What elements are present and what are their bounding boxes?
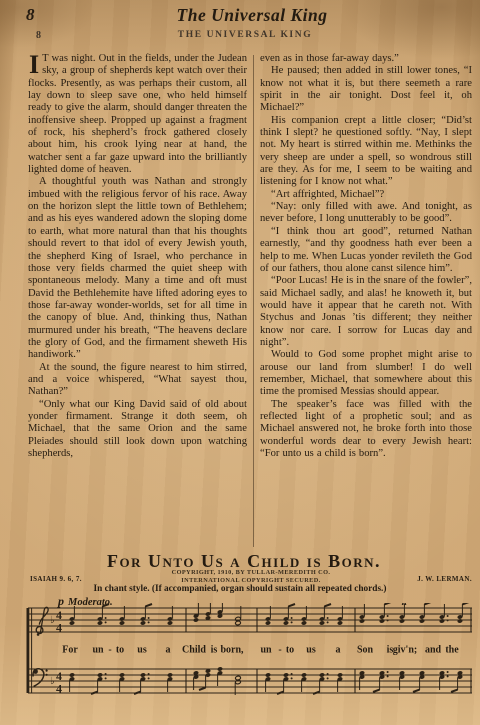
paragraph: His companion crept a little closer; “Di… [260,115,472,189]
svg-text:♭: ♭ [50,615,55,626]
lyric-syllable: giv'n; [393,645,417,656]
running-header: 8 THE UNIVERSAL KING [0,30,480,44]
lyric-syllable: born, [220,645,244,656]
sheet-music: ♭♭4444∧Forun-tousaChildisborn,un-tousaSo… [26,603,472,725]
lyric-syllable: - [278,645,281,656]
lyric-syllable: the [445,645,459,656]
paragraph: “Art affrighted, Michael”? [260,189,472,201]
lyric-syllable: Child [182,645,206,656]
composer-credit: J. W. LERMAN. [382,575,472,583]
paragraph: A thoughtful youth was Nathan and strong… [28,176,247,361]
story-right-column: even as in those far-away days.” He paus… [260,53,472,553]
lyric-syllable: and [425,645,442,656]
paragraph: “Poor Lucas! He is in the snare of the f… [260,275,472,349]
paragraph: He paused; then added in still lower ton… [260,65,472,114]
paragraph: “Only what our King David said of old ab… [28,399,247,461]
lyric-syllable: to [116,645,124,656]
paragraph: “Nay: only filled with awe. And tonight,… [260,201,472,226]
lyric-syllable: un [92,645,104,656]
drop-cap: I [29,54,39,75]
lyric-syllable: For [62,645,78,656]
lyric-syllable: to [286,645,294,656]
lyric-syllable: us [137,645,147,656]
lyric-syllable: un [260,645,272,656]
svg-text:4: 4 [56,682,62,696]
paragraph: The speaker’s face was filled with the r… [260,399,472,461]
running-title: THE UNIVERSAL KING [0,30,480,40]
copyright-line-1: COPYRIGHT, 1910, BY TULLAR-MEREDITH CO. [120,569,382,577]
lyric-syllable: is [211,645,218,656]
paragraph: IT was night. Out in the fields, under t… [28,53,247,176]
svg-text:∧: ∧ [400,603,407,608]
lyric-syllable: - [108,645,111,656]
lyric-syllable: a [336,645,341,656]
column-divider [253,55,254,547]
copyright-notice: COPYRIGHT, 1910, BY TULLAR-MEREDITH CO. … [120,569,382,584]
lyric-syllable: a [166,645,171,656]
book-title: The Universal King [0,5,480,26]
svg-text:♭: ♭ [50,676,55,687]
story-left-column: IT was night. Out in the fields, under t… [28,53,247,553]
copyright-line-2: INTERNATIONAL COPYRIGHT SECURED. [120,577,382,585]
lyric-syllable: us [306,645,316,656]
paragraph-text: T was night. Out in the fields, under th… [28,53,247,175]
svg-text:4: 4 [56,621,62,635]
paragraph: even as in those far-away days.” [260,53,472,65]
paragraph: “I think thou art good”, returned Nathan… [260,226,472,275]
page-header: 8 The Universal King [0,5,480,27]
story-columns: IT was night. Out in the fields, under t… [28,53,472,553]
book-page: 8 The Universal King 8 THE UNIVERSAL KIN… [0,0,480,725]
paragraph: Would to God some prophet might arise to… [260,349,472,398]
song-credits: ISAIAH 9. 6, 7. COPYRIGHT, 1910, BY TULL… [30,569,472,584]
paragraph: At the sound, the figure nearest to him … [28,362,247,399]
scripture-reference: ISAIAH 9. 6, 7. [30,575,120,583]
performance-note: In chant style. (If accompanied, organ s… [0,584,480,594]
lyric-syllable: Son [357,645,374,656]
